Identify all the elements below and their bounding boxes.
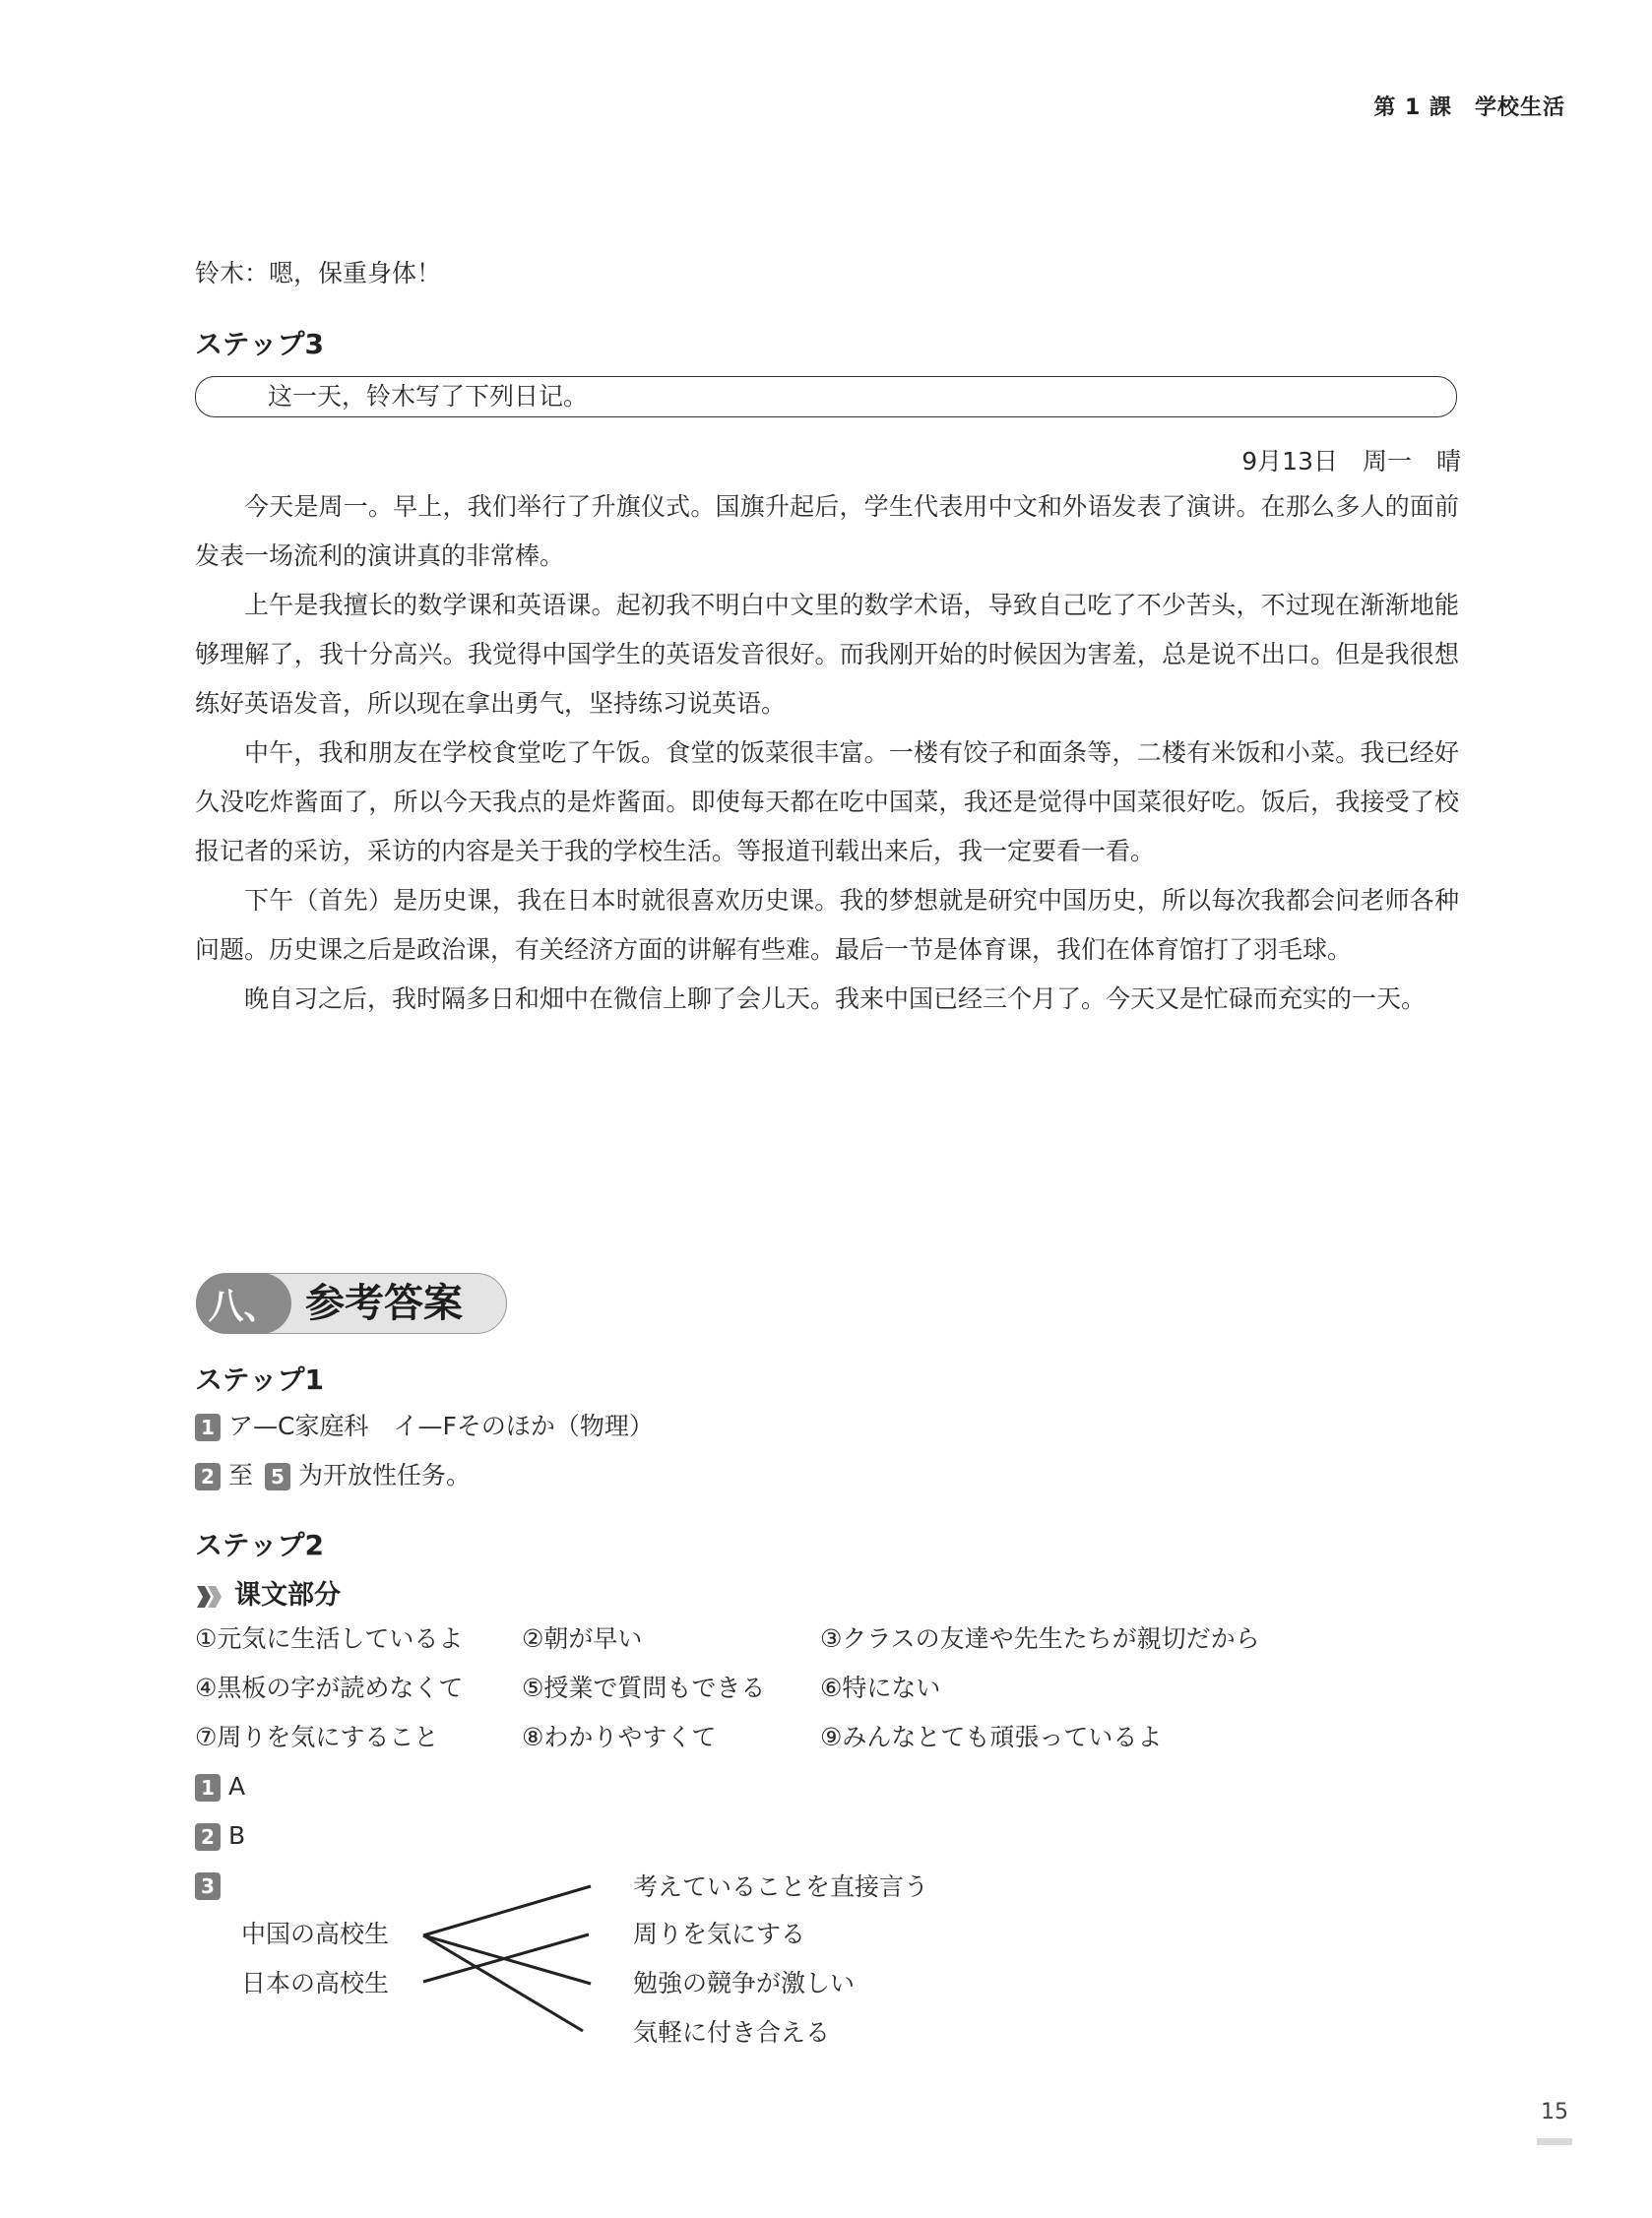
matching-lines: [0, 0, 1652, 2218]
page-number-bar: [1537, 2138, 1572, 2145]
page-number: 15: [1541, 2100, 1568, 2124]
